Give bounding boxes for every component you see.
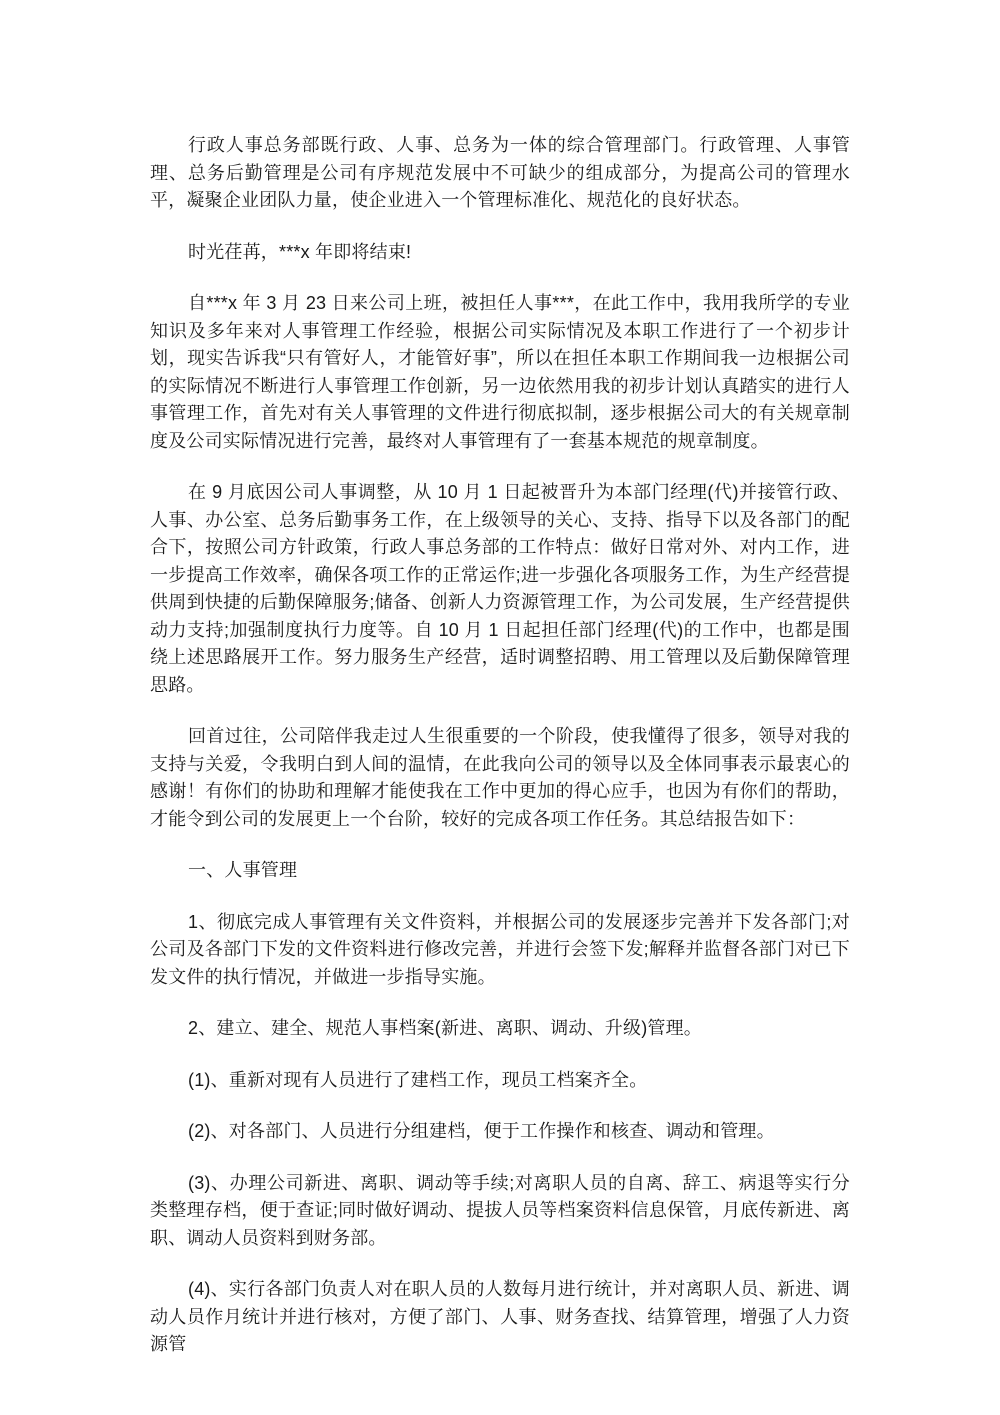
paragraph-subitem-3-procedures: (3)、办理公司新进、离职、调动等手续;对离职人员的自离、辞工、病退等实行分类整… bbox=[150, 1170, 850, 1253]
paragraph-item-1-documents: 1、彻底完成人事管理有关文件资料，并根据公司的发展逐步完善并下发各部门;对公司及… bbox=[150, 909, 850, 992]
paragraph-subitem-4-statistics: (4)、实行各部门负责人对在职人员的人数每月进行统计，并对离职人员、新进、调动人… bbox=[150, 1276, 850, 1359]
document-page: 行政人事总务部既行政、人事、总务为一体的综合管理部门。行政管理、人事管理、总务后… bbox=[0, 0, 1000, 1415]
paragraph-promotion-duties: 在 9 月底因公司人事调整，从 10 月 1 日起被晋升为本部门经理(代)并接管… bbox=[150, 479, 850, 699]
paragraph-item-2-archives: 2、建立、建全、规范人事档案(新进、离职、调动、升级)管理。 bbox=[150, 1015, 850, 1043]
paragraph-subitem-1-filing: (1)、重新对现有人员进行了建档工作，现员工档案齐全。 bbox=[150, 1067, 850, 1095]
paragraph-initial-plan: 自***x 年 3 月 23 日来公司上班，被担任人事***，在此工作中，我用我… bbox=[150, 290, 850, 455]
paragraph-subitem-2-grouping: (2)、对各部门、人员进行分组建档，便于工作操作和核查、调动和管理。 bbox=[150, 1118, 850, 1146]
paragraph-year-ending: 时光荏苒，***x 年即将结束! bbox=[150, 239, 850, 267]
section-heading-personnel-management: 一、人事管理 bbox=[150, 857, 850, 885]
paragraph-thanks-summary-intro: 回首过往，公司陪伴我走过人生很重要的一个阶段，使我懂得了很多，领导对我的支持与关… bbox=[150, 723, 850, 833]
paragraph-department-intro: 行政人事总务部既行政、人事、总务为一体的综合管理部门。行政管理、人事管理、总务后… bbox=[150, 132, 850, 215]
